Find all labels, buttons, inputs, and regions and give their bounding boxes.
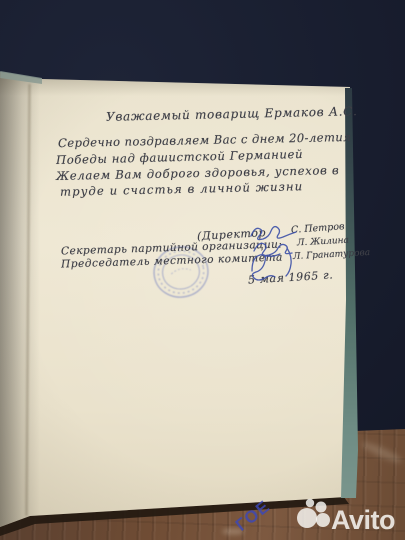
- avito-logo-icon: [295, 498, 333, 534]
- photo-stage: Уважаемый товарищ Ермаков А.С. Сердечно …: [0, 0, 405, 540]
- avito-watermark-text: Avito: [331, 505, 395, 536]
- blue-ink-signatures: [0, 0, 405, 540]
